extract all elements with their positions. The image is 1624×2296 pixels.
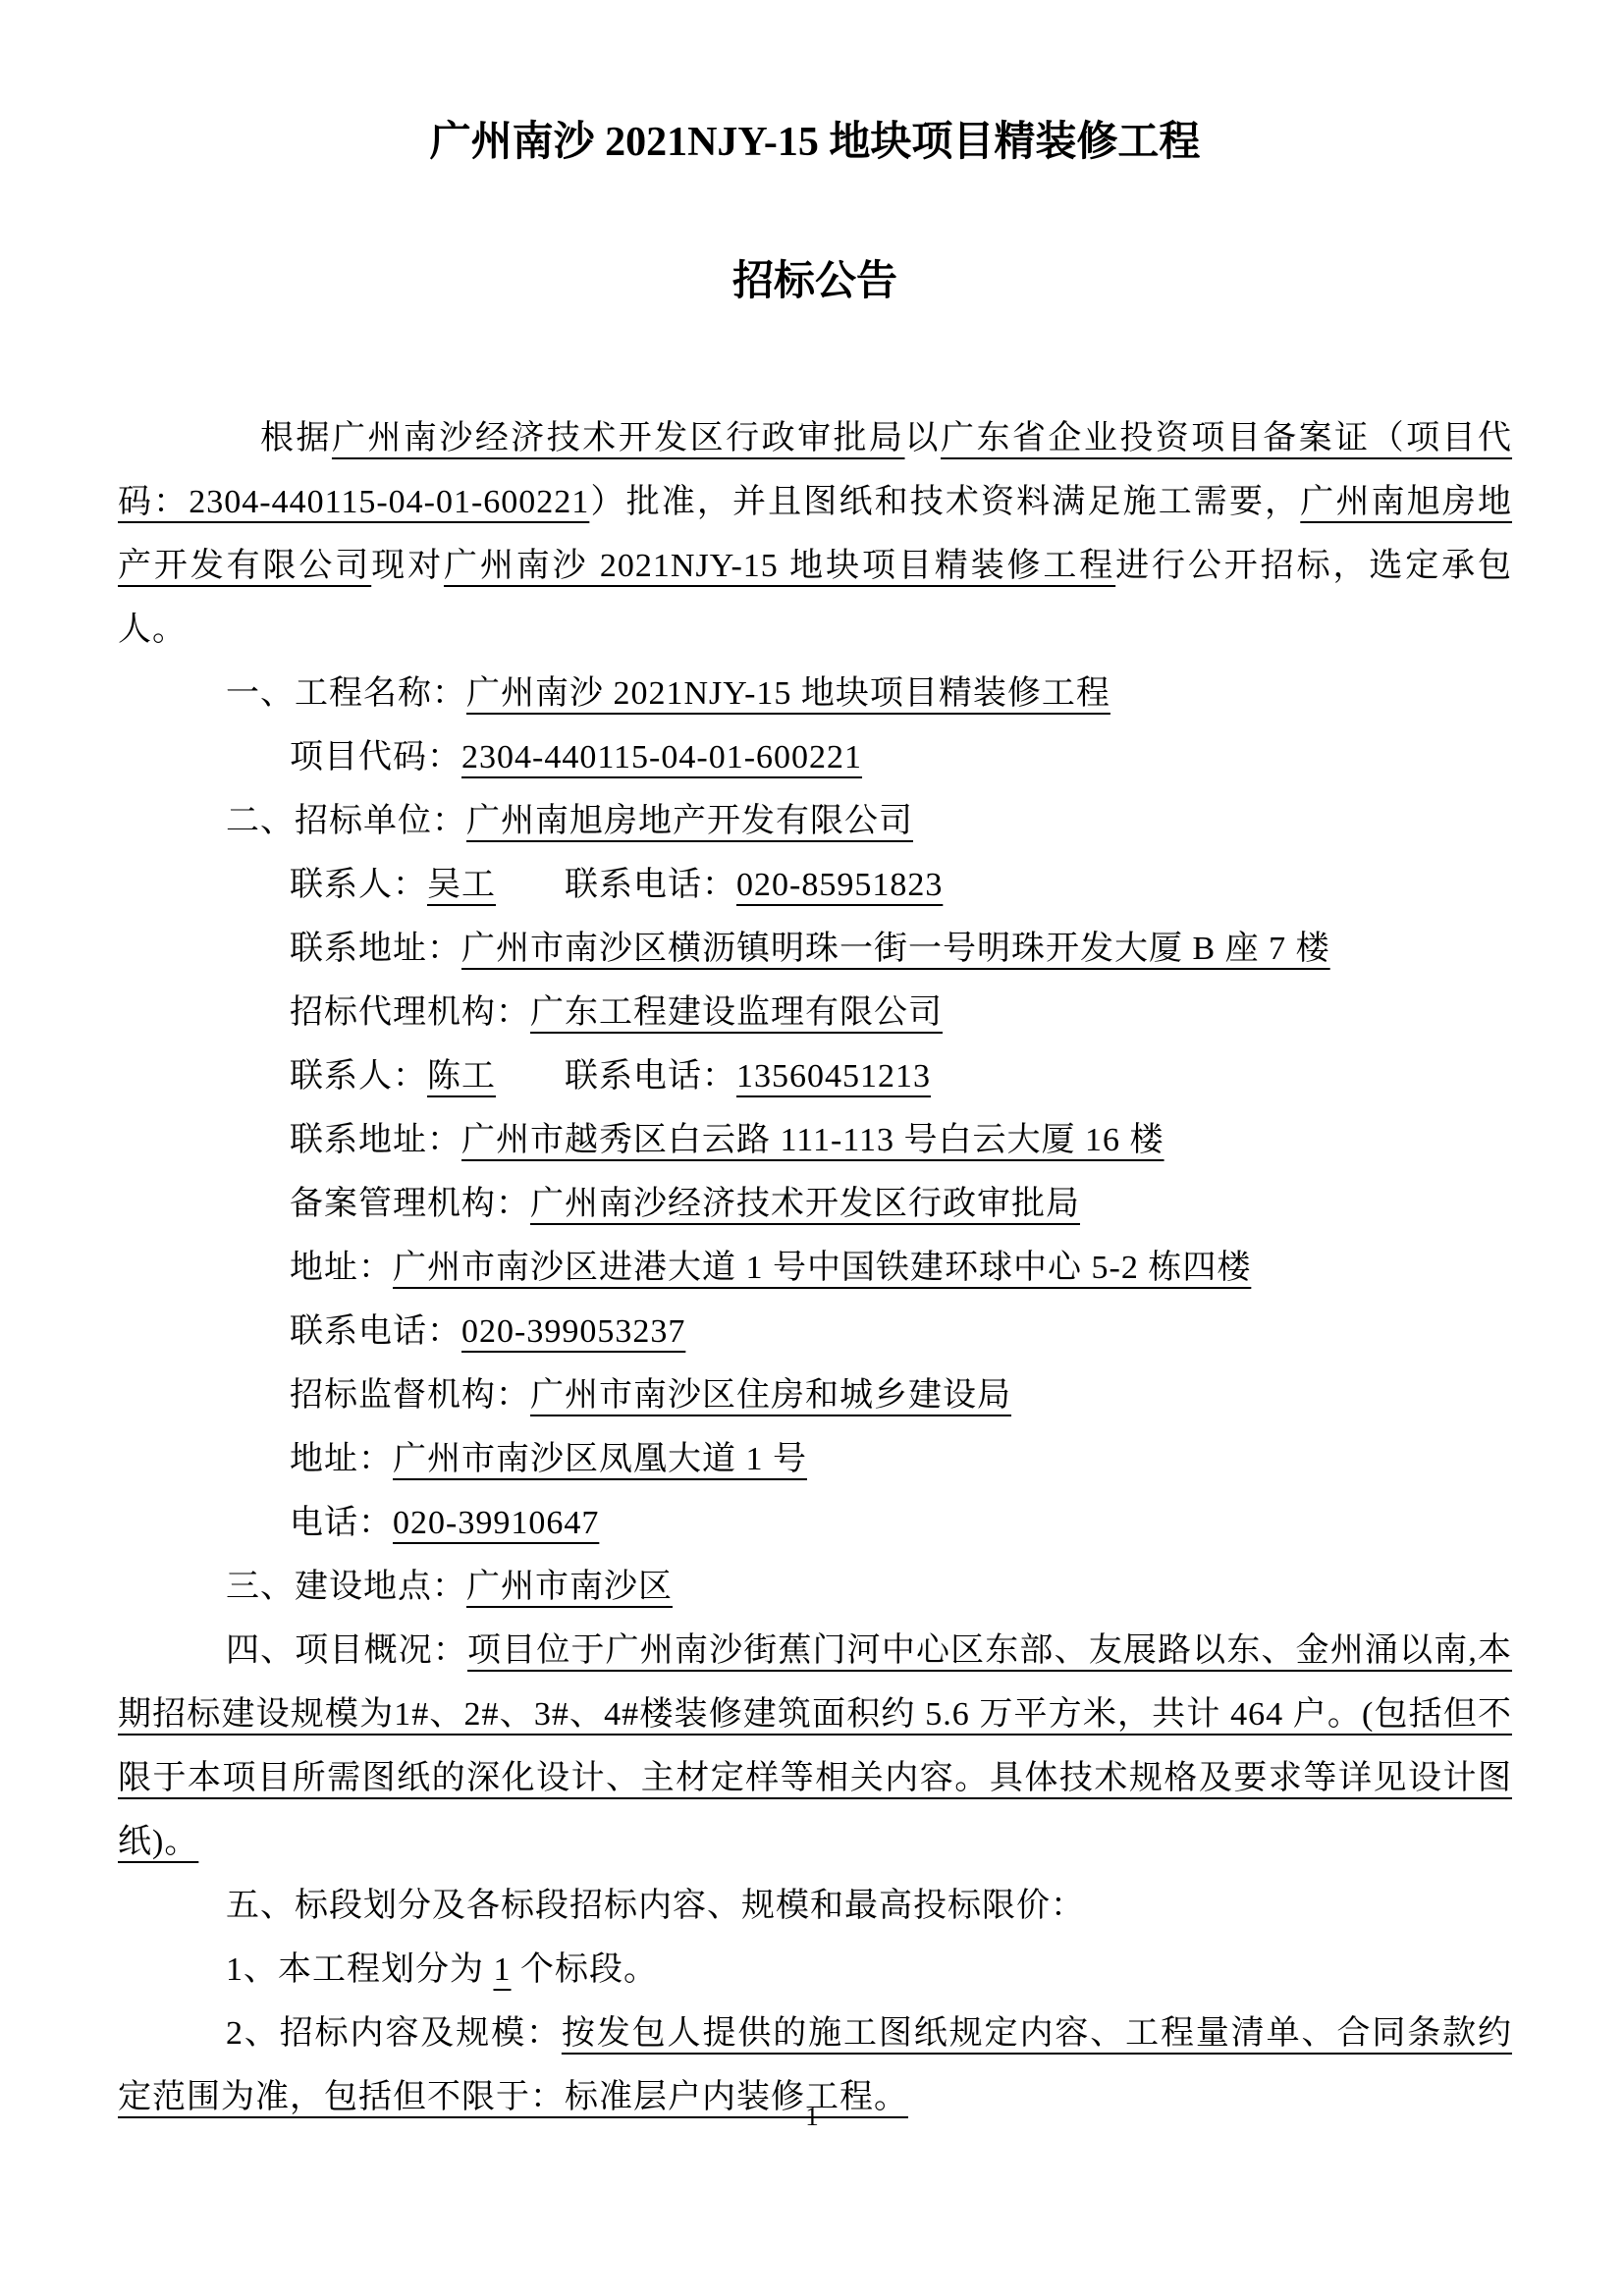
underlined-text: 广州市南沙区 xyxy=(466,1569,673,1605)
text: 招标监督机构： xyxy=(290,1377,530,1414)
text: 联系人： xyxy=(290,1058,427,1095)
text: 地址： xyxy=(290,1250,393,1286)
underlined-text: 020-39910647 xyxy=(393,1505,599,1541)
paragraph: 电话：020-39910647 xyxy=(118,1491,1512,1555)
underlined-text: 广州市南沙区凤凰大道 1 号 xyxy=(393,1441,807,1477)
underlined-text: 广州南沙 2021NJY-15 地块项目精装修工程 xyxy=(466,675,1110,712)
paragraph: 一、工程名称：广州南沙 2021NJY-15 地块项目精装修工程 xyxy=(118,662,1512,725)
paragraph: 地址：广州市南沙区凤凰大道 1 号 xyxy=(118,1427,1512,1491)
underlined-text: 广州市南沙区横沥镇明珠一街一号明珠开发大厦 B 座 7 楼 xyxy=(461,931,1330,967)
paragraph: 项目代码：2304-440115-04-01-600221 xyxy=(118,725,1512,789)
paragraph: 备案管理机构：广州南沙经济技术开发区行政审批局 xyxy=(118,1172,1512,1236)
paragraph: 地址：广州市南沙区进港大道 1 号中国铁建环球中心 5-2 栋四楼 xyxy=(118,1236,1512,1300)
paragraph: 招标监督机构：广州市南沙区住房和城乡建设局 xyxy=(118,1363,1512,1427)
text: 联系电话： xyxy=(496,867,736,903)
text: 现对 xyxy=(371,548,444,584)
text: 电话： xyxy=(290,1505,393,1541)
paragraph: 五、标段划分及各标段招标内容、规模和最高投标限价： xyxy=(118,1874,1512,1938)
page-number: 1 xyxy=(0,2101,1624,2132)
paragraph: 联系地址：广州市南沙区横沥镇明珠一街一号明珠开发大厦 B 座 7 楼 xyxy=(118,917,1512,981)
document-body: 根据广州南沙经济技术开发区行政审批局以广东省企业投资项目备案证（项目代码：230… xyxy=(118,406,1512,2129)
text: 个标段。 xyxy=(512,1951,659,1988)
text: 联系电话： xyxy=(496,1058,736,1095)
paragraph: 联系电话：020-399053237 xyxy=(118,1300,1512,1363)
text: 地址： xyxy=(290,1441,393,1477)
text: 联系地址： xyxy=(290,931,461,967)
text: 备案管理机构： xyxy=(290,1186,530,1222)
paragraph: 三、建设地点：广州市南沙区 xyxy=(118,1555,1512,1619)
text: 项目代码： xyxy=(290,739,461,775)
underlined-text: 020-85951823 xyxy=(736,867,943,903)
paragraph: 根据广州南沙经济技术开发区行政审批局以广东省企业投资项目备案证（项目代码：230… xyxy=(118,406,1512,662)
paragraph: 1、本工程划分为 1 个标段。 xyxy=(118,1938,1512,2002)
underlined-text: 广东工程建设监理有限公司 xyxy=(530,994,943,1031)
underlined-text: 陈工 xyxy=(427,1058,496,1095)
text: 以 xyxy=(904,420,940,456)
underlined-text: 广州市南沙区住房和城乡建设局 xyxy=(530,1377,1011,1414)
underlined-text: 广州市越秀区白云路 111-113 号白云大厦 16 楼 xyxy=(461,1122,1164,1158)
text: 五、标段划分及各标段招标内容、规模和最高投标限价： xyxy=(226,1888,1085,1924)
text: 联系人： xyxy=(290,867,427,903)
underlined-text: 020-399053237 xyxy=(461,1313,685,1350)
text: 招标代理机构： xyxy=(290,994,530,1031)
text: 三、建设地点： xyxy=(226,1569,466,1605)
text: 二、招标单位： xyxy=(226,803,466,839)
paragraph: 联系人：陈工 联系电话：13560451213 xyxy=(118,1044,1512,1108)
document-content: 广州南沙 2021NJY-15 地块项目精装修工程 招标公告 根据广州南沙经济技… xyxy=(118,0,1512,2129)
text: ）批准，并且图纸和技术资料满足施工需要， xyxy=(589,484,1300,520)
underlined-text: 广州南沙经济技术开发区行政审批局 xyxy=(332,420,905,456)
text: 1、本工程划分为 xyxy=(226,1951,494,1988)
underlined-text: 广州南沙经济技术开发区行政审批局 xyxy=(530,1186,1080,1222)
paragraph: 联系地址：广州市越秀区白云路 111-113 号白云大厦 16 楼 xyxy=(118,1108,1512,1172)
text: 联系电话： xyxy=(290,1313,461,1350)
text: 2、招标内容及规模： xyxy=(226,2015,562,2052)
text: 一、工程名称： xyxy=(226,675,466,712)
underlined-text: 广州南沙 2021NJY-15 地块项目精装修工程 xyxy=(444,548,1115,584)
underlined-text: 1 xyxy=(494,1951,512,1988)
underlined-text: 13560451213 xyxy=(736,1058,931,1095)
underlined-text: 2304-440115-04-01-600221 xyxy=(461,739,862,775)
text: 根据 xyxy=(260,420,332,456)
text: 四、项目概况： xyxy=(226,1632,467,1669)
underlined-text: 吴工 xyxy=(427,867,496,903)
paragraph: 联系人：吴工 联系电话：020-85951823 xyxy=(118,853,1512,917)
document-title: 广州南沙 2021NJY-15 地块项目精装修工程 xyxy=(118,112,1512,173)
underlined-text: 广州南旭房地产开发有限公司 xyxy=(466,803,913,839)
text: 联系地址： xyxy=(290,1122,461,1158)
underlined-text: 广州市南沙区进港大道 1 号中国铁建环球中心 5-2 栋四楼 xyxy=(393,1250,1251,1286)
document-subtitle: 招标公告 xyxy=(118,251,1512,312)
paragraph: 四、项目概况：项目位于广州南沙街蕉门河中心区东部、友展路以东、金州涌以南,本期招… xyxy=(118,1619,1512,1874)
paragraph: 招标代理机构：广东工程建设监理有限公司 xyxy=(118,981,1512,1044)
paragraph: 二、招标单位：广州南旭房地产开发有限公司 xyxy=(118,789,1512,853)
document-page: 广州南沙 2021NJY-15 地块项目精装修工程 招标公告 根据广州南沙经济技… xyxy=(0,0,1624,2296)
